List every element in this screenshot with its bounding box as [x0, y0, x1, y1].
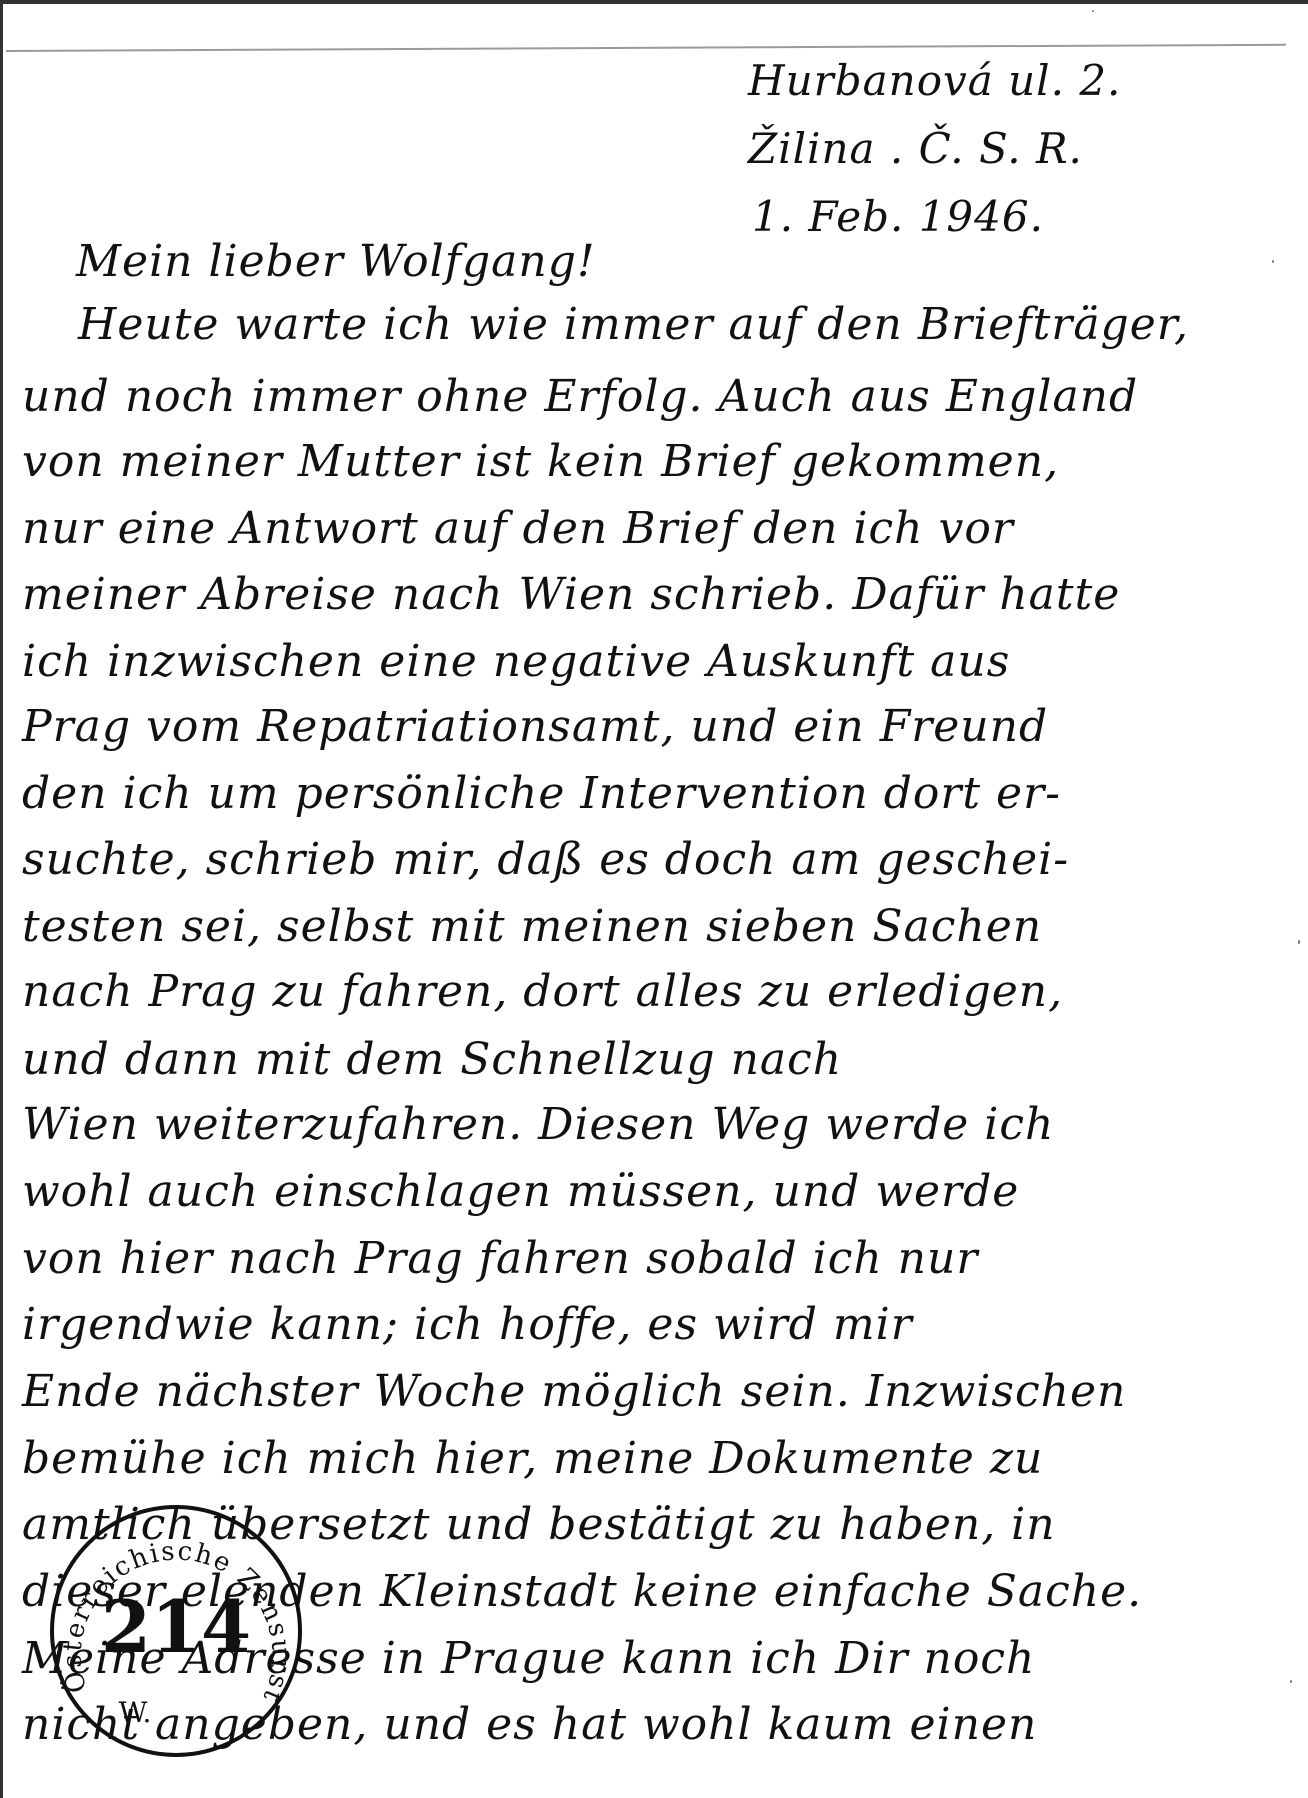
letter-line: Heute warte ich wie immer auf den Brieft… — [78, 303, 1189, 347]
scan-speck — [1092, 10, 1094, 12]
address-line-2: Žilina . Č. S. R. — [748, 128, 1083, 170]
letter-line: und noch immer ohne Erfolg. Auch aus Eng… — [22, 375, 1138, 419]
scan-speck — [1290, 1680, 1292, 1683]
letter-page: Hurbanová ul. 2. Žilina . Č. S. R. 1. Fe… — [0, 0, 1308, 1798]
letter-line: ich inzwischen eine negative Auskunft au… — [22, 640, 1010, 684]
letter-line: Ende nächster Woche möglich sein. Inzwis… — [22, 1370, 1126, 1414]
letter-line: dieser elenden Kleinstadt keine einfache… — [22, 1570, 1142, 1614]
address-line-1: Hurbanová ul. 2. — [748, 60, 1121, 102]
letter-line: wohl auch einschlagen müssen, und werde — [22, 1170, 1019, 1214]
letter-line: von hier nach Prag fahren sobald ich nur — [22, 1237, 978, 1281]
letter-line: testen sei, selbst mit meinen sieben Sac… — [22, 905, 1042, 949]
letter-line: nach Prag zu fahren, dort alles zu erled… — [22, 970, 1063, 1014]
letter-date: 1. Feb. 1946. — [752, 196, 1044, 238]
letter-line: Prag vom Repatriationsamt, und ein Freun… — [22, 705, 1048, 749]
letter-line: den ich um persönliche Intervention dort… — [22, 772, 1061, 816]
letter-line: amtlich übersetzt und bestätigt zu haben… — [22, 1503, 1056, 1547]
letter-line: nicht angeben, und es hat wohl kaum eine… — [22, 1703, 1037, 1747]
letter-line: und dann mit dem Schnellzug nach — [22, 1038, 842, 1082]
letter-line: Meine Adresse in Prague kann ich Dir noc… — [22, 1637, 1035, 1681]
letter-line: suchte, schrieb mir, daß es doch am gesc… — [22, 838, 1069, 882]
letter-line: von meiner Mutter ist kein Brief gekomme… — [22, 440, 1059, 484]
letter-line: nur eine Antwort auf den Brief den ich v… — [22, 507, 1014, 551]
scan-speck — [1272, 260, 1274, 263]
salutation: Mein lieber Wolfgang! — [76, 240, 596, 284]
letter-line: Wien weiterzufahren. Diesen Weg werde ic… — [22, 1103, 1054, 1147]
letter-line: bemühe ich mich hier, meine Dokumente zu — [22, 1437, 1043, 1481]
letter-line: irgendwie kann; ich hoffe, es wird mir — [22, 1303, 913, 1347]
scan-speck — [1298, 940, 1300, 944]
letter-line: meiner Abreise nach Wien schrieb. Dafür … — [22, 573, 1120, 617]
